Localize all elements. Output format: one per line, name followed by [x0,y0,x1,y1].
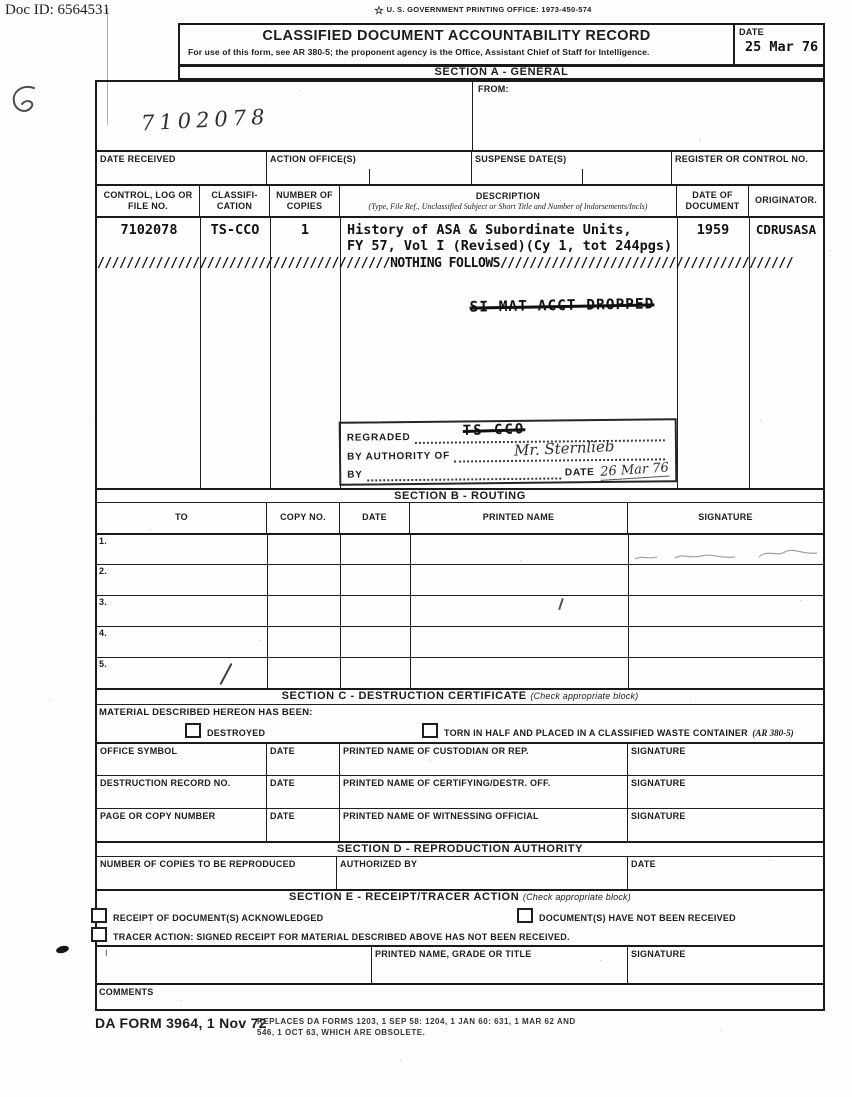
grid-line [628,596,629,626]
not-received-checkbox [517,908,533,923]
section-e-paren: (Check appropriate block) [523,892,631,902]
section-c-bar: SECTION C - DESTRUCTION CERTIFICATE (Che… [97,688,823,704]
from-divider [472,82,473,150]
grid-line [628,627,629,657]
comments-label: COMMENTS [99,987,154,998]
grid-line [267,627,268,657]
routing-row-4: 4. [97,626,823,657]
section-d-bar: SECTION D - REPRODUCTION AUTHORITY [97,841,823,856]
signature-cell: SIGNATURE [628,744,823,775]
title-cell: CLASSIFIED DOCUMENT ACCOUNTABILITY RECOR… [180,25,733,64]
grid-line [340,658,341,688]
date-label: DATE [739,27,819,38]
from-label: FROM: [478,84,509,95]
routing-col-copy-no: COPY NO. [267,503,340,533]
grid-line [340,627,341,657]
comments-row: COMMENTS [97,983,823,1009]
general-fields-row: DATE RECEIVED ACTION OFFICE(S) SUSPENSE … [97,150,823,184]
tracer-action-label: TRACER ACTION: SIGNED RECEIPT FOR MATERI… [113,932,570,942]
date-cell: DATE 25 Mar 76 [733,25,823,64]
receipt-checkbox-row: RECEIPT OF DOCUMENT(S) ACKNOWLEDGED DOCU… [97,905,823,925]
col-control-log: CONTROL, LOG OR FILE NO. [97,186,200,216]
col-number-copies: NUMBER OF COPIES [270,186,340,216]
col-description: DESCRIPTION (Type, File Ref., Unclassifi… [340,186,677,216]
routing-row-2: 2. [97,564,823,595]
ink-blob [55,945,69,955]
grid-line [410,658,411,688]
routing-row-1: 1. [97,533,823,564]
custodian-name-cell: PRINTED NAME OF CUSTODIAN OR REP. [340,744,628,775]
entry-originator: CDRUSASA [749,222,823,237]
replaces-line-1: REPLACES DA FORMS 1203, 1 SEP 58: 1204, … [257,1017,576,1028]
entry-doc-date: 1959 [677,222,749,238]
col-description-main: DESCRIPTION [476,191,540,202]
pen-scribble [8,82,42,122]
grid-line [267,658,268,688]
routing-header: TO COPY NO. DATE PRINTED NAME SIGNATURE [97,502,823,533]
grid-line [410,535,411,564]
receipt-blank-cell: I [97,947,372,983]
gpo-line: ☆ U. S. GOVERNMENT PRINTING OFFICE: 1973… [374,4,592,17]
stamp-date-value: 26 Mar 76 [600,461,669,481]
date-cell: DATE [267,744,340,775]
doc-table-header: CONTROL, LOG OR FILE NO. CLASSIFI-CATION… [97,184,823,216]
signature-cell: SIGNATURE [628,776,823,808]
nothing-follows-line: ////////////////////////////////////////… [97,256,827,271]
entry-control-no: 7102078 [101,222,197,238]
grid-line [410,627,411,657]
routing-row-number: 3. [99,597,107,608]
routing-row-number: 5. [99,659,107,670]
routing-col-signature: SIGNATURE [628,503,823,533]
entry-description-line2: FY 57, Vol I (Revised)(Cy 1, tot 244pgs) [347,238,677,254]
stray-typed-mark: I [105,948,108,958]
destroyed-label: DESTROYED [207,728,265,738]
destruction-intro-label: MATERIAL DESCRIBED HEREON HAS BEEN: [99,707,313,719]
entry-description: History of ASA & Subordinate Units, FY 5… [347,222,677,254]
section-b-bar: SECTION B - ROUTING [97,488,823,502]
stray-pen-mark [219,663,232,685]
routing-row-number: 1. [99,536,107,547]
grid-line [340,596,341,626]
section-e-bar: SECTION E - RECEIPT/TRACER ACTION (Check… [97,889,823,905]
form-body: FROM: 7102078 DATE RECEIVED ACTION OFFIC… [95,80,825,1011]
stray-pen-mark [558,598,563,610]
section-c-title: SECTION C - DESTRUCTION CERTIFICATE [282,690,527,702]
routing-col-to: TO [97,503,267,533]
faint-signature [631,541,821,563]
stamp-date-label: DATE [565,467,595,480]
section-c-paren: (Check appropriate block) [530,691,638,701]
col-classification: CLASSIFI-CATION [200,186,270,216]
signature-cell: SIGNATURE [628,809,823,841]
page-copy-number-cell: PAGE OR COPY NUMBER [97,809,267,841]
grid-line [340,535,341,564]
date-cell: DATE [267,809,340,841]
stamp-dotted-leader: Mr. Sternlieb [454,446,665,462]
stamp-dotted-leader [367,465,561,481]
reproduction-row: NUMBER OF COPIES TO BE REPRODUCED AUTHOR… [97,856,823,889]
grid-line [267,535,268,564]
grid-line [628,535,629,564]
replaces-line-2: 546, 1 OCT 63, WHICH ARE OBSOLETE. [257,1028,576,1039]
form-number: DA FORM 3964, 1 Nov 72 [95,1015,267,1031]
authorized-by-cell: AUTHORIZED BY [337,857,628,889]
entry-description-line1: History of ASA & Subordinate Units, [347,222,677,238]
destruction-row-2: DESTRUCTION RECORD NO. DATE PRINTED NAME… [97,775,823,808]
form-subtitle: For use of this form, see AR 380-5; the … [188,47,725,57]
form-title: CLASSIFIED DOCUMENT ACCOUNTABILITY RECOR… [188,28,725,44]
from-area: FROM: 7102078 [97,82,823,150]
grid-line [410,596,411,626]
grid-line [267,596,268,626]
stamp-authority-label: BY AUTHORITY OF [347,450,450,464]
stamp-authority-value: Mr. Sternlieb [514,437,615,460]
doc-id: Doc ID: 6564531 [5,2,110,19]
stamp-regraded-label: REGRADED [347,432,411,445]
col-date-of-document: DATE OF DOCUMENT [677,186,749,216]
col-originator: ORIGINATOR. [749,186,823,216]
grid-line [267,565,268,595]
entry-copies: 1 [270,222,340,238]
field-register-control: REGISTER OR CONTROL NO. [672,152,823,184]
doc-table-body: 7102078 TS-CCO 1 History of ASA & Subord… [97,216,823,488]
field-suspense-dates: SUSPENSE DATE(S) [472,152,672,184]
form-title-block: CLASSIFIED DOCUMENT ACCOUNTABILITY RECOR… [178,23,825,66]
sub-divider-tick [582,169,583,184]
routing-row-3: 3. [97,595,823,626]
scan-noise [0,0,1,1]
grid-line [628,658,629,688]
grid-line [340,565,341,595]
grid-line [628,565,629,595]
receipt-acknowledged-label: RECEIPT OF DOCUMENT(S) ACKNOWLEDGED [113,913,323,923]
date-cell: DATE [267,776,340,808]
printed-name-grade-cell: PRINTED NAME, GRADE OR TITLE [372,947,628,983]
section-a-bar: SECTION A - GENERAL [178,66,825,80]
stamp-by-label: BY [347,469,363,482]
gpo-text: U. S. GOVERNMENT PRINTING OFFICE: 1973-4… [387,5,592,14]
destruction-row-3: PAGE OR COPY NUMBER DATE PRINTED NAME OF… [97,808,823,841]
handwritten-control-number: 7102078 [140,105,270,136]
routing-row-number: 2. [99,566,107,577]
certifying-officer-cell: PRINTED NAME OF CERTIFYING/DESTR. OFF. [340,776,628,808]
routing-col-printed-name: PRINTED NAME [410,503,628,533]
sub-divider-tick [369,169,370,184]
destruction-row-1: OFFICE SYMBOL DATE PRINTED NAME OF CUSTO… [97,742,823,775]
field-date-received: DATE RECEIVED [97,152,267,184]
destroyed-checkbox [185,723,201,738]
entry-classification: TS-CCO [200,222,270,238]
receipt-name-row: I PRINTED NAME, GRADE OR TITLE SIGNATURE [97,945,823,983]
section-e-title: SECTION E - RECEIPT/TRACER ACTION [289,891,519,903]
destruction-record-cell: DESTRUCTION RECORD NO. [97,776,267,808]
torn-in-half-paren: (AR 380-5) [752,728,793,738]
date-cell: DATE [628,857,823,889]
routing-col-date: DATE [340,503,410,533]
field-action-offices: ACTION OFFICE(S) [267,152,472,184]
not-received-label: DOCUMENT(S) HAVE NOT BEEN RECEIVED [539,913,736,923]
torn-in-half-label: TORN IN HALF AND PLACED IN A CLASSIFIED … [444,728,748,738]
routing-row-5: 5. [97,657,823,688]
replaces-note: REPLACES DA FORMS 1203, 1 SEP 58: 1204, … [257,1017,576,1039]
destruction-checkboxes: DESTROYED TORN IN HALF AND PLACED IN A C… [97,721,823,742]
regraded-stamp: REGRADED TS CCO BY AUTHORITY OF Mr. Ster… [339,418,678,486]
date-value: 25 Mar 76 [745,39,819,55]
grid-line [410,565,411,595]
office-symbol-cell: OFFICE SYMBOL [97,744,267,775]
torn-in-half-checkbox [422,723,438,738]
routing-row-number: 4. [99,628,107,639]
receipt-acknowledged-checkbox [91,908,107,923]
copies-to-reproduce-cell: NUMBER OF COPIES TO BE REPRODUCED [97,857,337,889]
destruction-intro: MATERIAL DESCRIBED HEREON HAS BEEN: [97,704,823,721]
star-icon: ☆ [374,5,384,17]
witnessing-official-cell: PRINTED NAME OF WITNESSING OFFICIAL [340,809,628,841]
stamp-regraded-value: TS CCO [462,421,525,439]
signature-cell: SIGNATURE [628,947,823,983]
col-description-paren: (Type, File Ref., Unclassified Subject o… [369,202,648,211]
tracer-action-checkbox [91,927,107,942]
tracer-checkbox-row: TRACER ACTION: SIGNED RECEIPT FOR MATERI… [97,925,823,945]
